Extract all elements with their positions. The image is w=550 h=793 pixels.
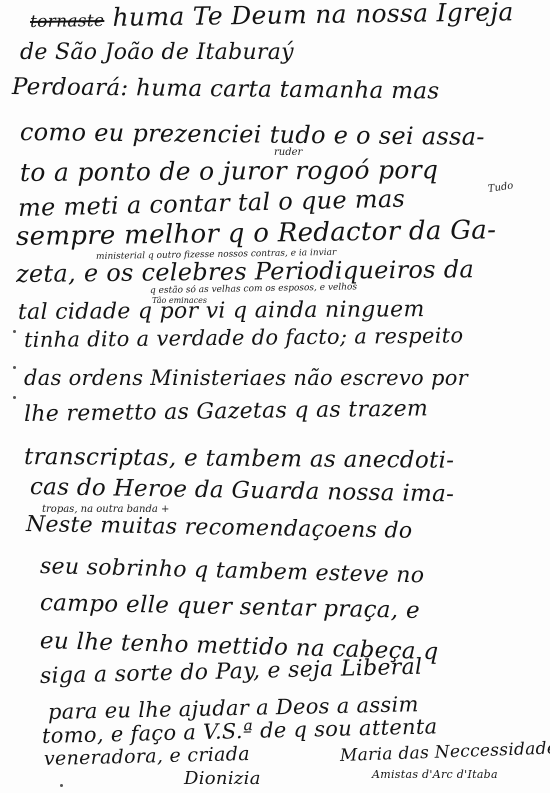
manuscript-line-13: transcriptas, e tambem as anecdoti-: [24, 444, 455, 474]
manuscript-line-2: de São João de Itaburaý: [20, 40, 294, 65]
manuscript-line-8: zeta, e os celebres Periodiqueiros da: [16, 255, 474, 288]
manuscript-page: tornaste huma Te Deum na nossa Igreja de…: [0, 0, 550, 793]
signature-subscript: Amistas d'Arc d'Itaba: [372, 768, 498, 781]
manuscript-line-12: lhe remetto as Gazetas q as trazem: [24, 396, 428, 427]
manuscript-line-4: como eu prezenciei tudo e o sei assa-: [20, 118, 485, 151]
ink-speck: [13, 366, 16, 369]
ink-speck: [13, 330, 16, 333]
manuscript-line-7: sempre melhor q o Redactor da Ga-: [16, 215, 497, 252]
manuscript-line-19: siga a sorte do Pay, e seja Liberal: [40, 655, 423, 689]
manuscript-line-1: tornaste huma Te Deum na nossa Igreja: [30, 0, 514, 33]
manuscript-line-9: tal cidade q por vi q ainda ninguem: [18, 297, 425, 325]
manuscript-line-5: to a ponto de o juror rogoó porq: [20, 155, 438, 187]
ink-speck: [13, 396, 16, 399]
struck-word: tornaste: [30, 11, 105, 32]
ink-speck: [60, 784, 63, 787]
manuscript-line-3: Perdoará: huma carta tamanha mas: [12, 74, 440, 104]
manuscript-line-15: Neste muitas recomendaçoens do: [26, 512, 413, 544]
manuscript-line-22: veneradora, e criada: [44, 743, 250, 770]
manuscript-line-17: campo elle quer sentar praça, e: [40, 590, 420, 624]
manuscript-line-10: tinha dito a verdade do facto; a respeit…: [24, 323, 464, 352]
interlinear-note: Tudo: [487, 180, 514, 194]
manuscript-line-11: das ordens Ministeriaes não escrevo por: [24, 366, 468, 390]
line-text: huma Te Deum na nossa Igreja: [112, 0, 513, 32]
manuscript-line-16: seu sobrinho q tambem esteve no: [40, 554, 425, 588]
signature-name: Maria das Neccessidades: [340, 738, 550, 766]
manuscript-line-14: cas do Heroe da Guarda nossa ima-: [30, 474, 455, 507]
manuscript-line-23: Dionizia: [184, 768, 261, 789]
